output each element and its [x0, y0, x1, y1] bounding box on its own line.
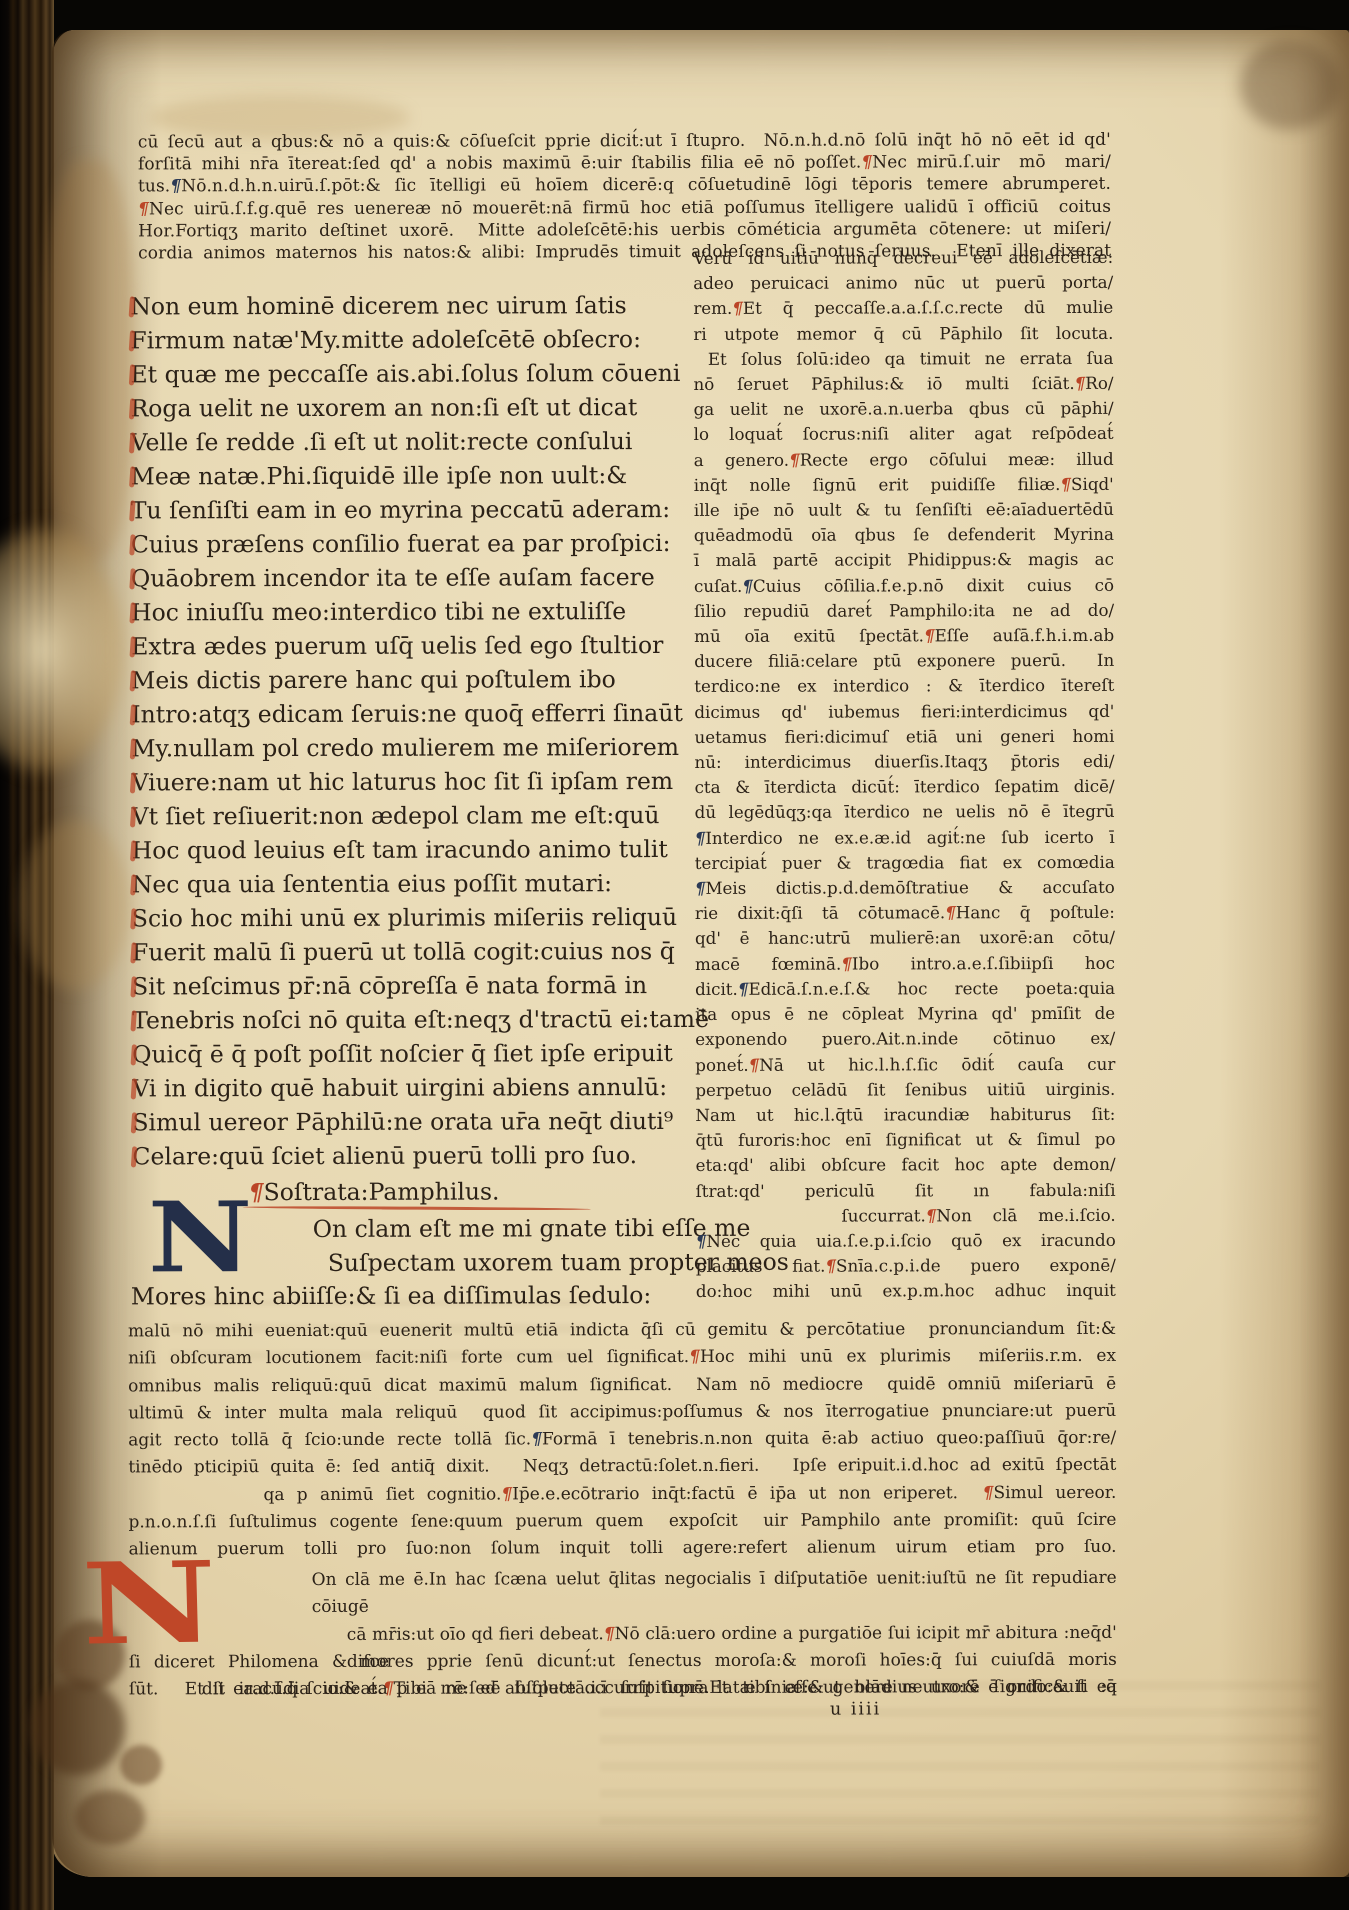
text-line: ita opus ē ne cōpleat Myrina qd' pmīſit …	[695, 1001, 1115, 1027]
text-line: adeo peruicaci animo nūc ut puerū porta/	[693, 270, 1113, 296]
text-line: cuſat.¶Cuius cōſilia.f.e.p.nō dixit cuiu…	[694, 572, 1114, 598]
text-line: q̄tū furoris:hoc enī ſignificat ut & ſim…	[695, 1127, 1115, 1153]
text-line: Scio hoc mihi unū ex plurimis miſeriis r…	[130, 900, 675, 935]
text-line: qa p animū ſiet cognitio.¶Ip̄e.e.ecōtrar…	[128, 1480, 1116, 1510]
text-line: My.nullam pol credo mulierem me miſerior…	[129, 730, 674, 765]
blue-pilcrow-icon: ¶	[696, 1231, 707, 1251]
text-line: nū: interdicimus diuerſis.Itaqʒ p̄toris …	[694, 749, 1114, 775]
red-pilcrow-icon: ¶	[945, 903, 956, 923]
text-line: Meæ natæ.Phi.ſiquidē ille ipſe non uult:…	[129, 458, 674, 493]
text-line: agit recto tollā q̄ ſcio:unde recte toll…	[128, 1425, 1116, 1455]
text-line: ſtrat:qd' periculū ſit ın fabula:niſi	[696, 1177, 1116, 1203]
text-line: do:hoc mihi unū ex.p.m.hoc adhuc inquit	[696, 1278, 1116, 1304]
text-line: a genero.¶Recte ergo cōſului meæ: illud	[694, 446, 1114, 472]
text-line: cū ſecū aut a qbus:& nō a quis:& cōſueſc…	[138, 129, 1111, 154]
blue-pilcrow-icon: ¶	[531, 1430, 542, 1450]
text-line: rie dixit:q̄ſi tā cōtumacē.¶Hanc q̄ poſt…	[695, 900, 1115, 926]
text-line: Intro:atqʒ edicam ſeruis:ne quoq̄ efferr…	[129, 696, 674, 731]
commentary-column: Verū id uitiū nunq̄ decreui eē adoleſcēt…	[693, 245, 1116, 1305]
text-line: ¶Nec uirū.ſ.f.g.quē res uenereæ nō mouer…	[138, 195, 1111, 220]
text-line: dicimus qd' iubemus fieri:interdicimus q…	[694, 699, 1114, 725]
verse-column: Non eum hominē dicerem nec uirum ſatisFi…	[128, 288, 675, 1173]
text-line: On clam eſt me mi gnate tibi eſſe me	[313, 1212, 691, 1246]
text-line: ī malā partē accipit Phidippus:& magis a…	[694, 547, 1114, 573]
blue-pilcrow-icon: ¶	[170, 177, 181, 197]
text-line: dū legēdūqʒ:qa īterdico ne uelis nō ē īt…	[695, 799, 1115, 825]
red-pilcrow-icon: ¶	[604, 1624, 615, 1644]
text-line: Roga uelit ne uxorem an non:ſi eſt ut di…	[129, 390, 674, 425]
text-line: Quicq̄ ē q̄ poſt poſſit noſcier q̄ ſiet …	[130, 1036, 675, 1071]
text-line: Suſpectam uxorem tuam propter meos	[328, 1245, 691, 1279]
text-line: Verū id uitiū nunq̄ decreui eē adoleſcēt…	[693, 245, 1113, 271]
text-line: Cuius præſens conſilio fuerat ea par pro…	[129, 526, 674, 561]
page-photo: cū ſecū aut a qbus:& nō a quis:& cōſueſc…	[0, 0, 1349, 1910]
blue-pilcrow-icon: ¶	[695, 828, 706, 848]
text-line: Nec qua uia ſententia eius poſſit mutari…	[130, 866, 675, 901]
red-pilcrow-icon: ¶	[924, 625, 935, 645]
text-line: On clā me ē.In hac ſcæna uelut q̄litas n…	[312, 1565, 1117, 1622]
text-line: rem.¶Et q̄ peccaſſe.a.a.ſ.ſ.c.recte dū m…	[693, 295, 1113, 321]
text-line: Nam ut hic.l.q̄tū iracundiæ habiturus ſi…	[695, 1102, 1115, 1128]
text-line: mū oīa exitū ſpectāt.¶Eſſe auſā.f.h.i.m.…	[694, 623, 1114, 649]
text-line: ponet́.¶Nā ut hic.l.h.ſ.ſic ōdit́ cauſa …	[695, 1051, 1115, 1077]
text-line: terdico:ne ex interdico : & īterdico īte…	[694, 673, 1114, 699]
text-line: nō ſeruet Pāphilus:& iō multi ſciāt.¶Ro/	[693, 371, 1113, 397]
red-pilcrow-icon: ¶	[861, 153, 872, 173]
text-line: Celare:quū ſciet alienū puerū tolli pro …	[130, 1138, 675, 1173]
text-line: Meis dictis parere hanc qui poſtulem ibo	[129, 662, 674, 697]
red-pilcrow-icon: ¶	[926, 1205, 937, 1225]
scene-heading-text: ¶Soſtrata:Pamphilus.	[249, 1176, 500, 1207]
blue-pilcrow-icon: ¶	[742, 575, 753, 595]
text-line: Hoc iniuſſu meo:interdico tibi ne extuli…	[129, 594, 674, 629]
text-line: Tenebris noſci nō quita eſt:neqʒ d'tract…	[130, 1002, 675, 1037]
text-line: forſitā mihi nr̄a ītereat:ſed qd' a nobi…	[138, 151, 1111, 176]
text-line: Vt ſiet reſiuerit:non ædepol clam me eſt…	[130, 798, 675, 833]
text-line: lo loquat́ ſocrus:niſi aliter agat reſpō…	[694, 421, 1114, 447]
text-line: Sit neſcimus pr̄:nā cōpreſſa ē nata form…	[130, 968, 675, 1003]
text-line: Extra ædes puerum uſq̄ uelis ſed ego ſtu…	[129, 628, 674, 663]
text-line: alienum puerum tolli pro ſuo:non ſolum i…	[129, 1534, 1117, 1564]
text-line: ga uelit ne uxorē.a.n.uerba qbus cū pāph…	[694, 396, 1114, 422]
text-line: placitus fiat.¶Snīa.c.p.i.de puero expon…	[696, 1253, 1116, 1279]
text-line: Firmum natæ'My.mitte adoleſcētē obſecro:	[128, 322, 673, 357]
text-line: ſi diceret Philomena & mores pprie ſenū …	[129, 1647, 1117, 1677]
text-line: Quāobrem incendor ita te eſſe auſam face…	[129, 560, 674, 595]
text-line: Simul uereor Pāphilū:ne orata ur̄a neq̄t…	[130, 1104, 675, 1139]
text-line: Vi in digito quē habuit uirgini abiens a…	[130, 1070, 675, 1105]
text-line: Et ſolus ſolū:ideo qa timuit ne errata ſ…	[693, 346, 1113, 372]
text-line: tinēdo pticipiū quita ē: ſed antiq̄ dixi…	[128, 1452, 1116, 1482]
quire-signature: u iiii	[830, 1699, 881, 1719]
text-line: ſilio repudiū daret́ Pamphilo:ita ne ad …	[694, 598, 1114, 624]
text-line: omnibus malis reliquū:quū dicat maximū m…	[128, 1370, 1116, 1400]
red-pilcrow-icon: ¶	[983, 1483, 994, 1503]
text-line: cta & īterdicta dicūt́: īterdico ſepatim…	[695, 774, 1115, 800]
text-line: Et quæ me peccaſſe ais.abi.ſolus ſolum c…	[128, 356, 673, 391]
red-pilcrow-icon: ¶	[1060, 474, 1071, 494]
text-line: tus.¶Nō.n.d.h.n.uirū.ſ.pōt:& ſic ītellig…	[138, 173, 1111, 198]
text-line: quēadmodū oīa qbus ſe defenderit Myrina	[694, 522, 1114, 548]
text-line: ſūt. Et ſi ea.d.ſ.q̄ ſcio:& ea p eā rē:ſ…	[129, 1674, 1117, 1704]
red-pilcrow-icon: ¶	[841, 953, 852, 973]
text-line: Velle ſe redde .ſi eſt ut nolit:recte co…	[129, 424, 674, 459]
printed-text-area: cū ſecū aut a qbus:& nō a quis:& cōſueſc…	[0, 0, 1349, 1910]
text-line: tercipiat́ puer & tragœdia fiat ex comœd…	[695, 850, 1115, 876]
bottom-commentary-block: malū nō mihi eueniat:quū euenerit multū …	[128, 1316, 1117, 1564]
text-line: eta:qd' alibi obſcure facit hoc apte dem…	[696, 1152, 1116, 1178]
text-line: ſuccurrat.¶Non clā me.i.ſcio.	[696, 1203, 1116, 1229]
text-line: uetamus fieri:dicimuſ etiā uni generi ho…	[694, 724, 1114, 750]
red-pilcrow-icon: ¶	[749, 1054, 760, 1074]
text-line: malū nō mihi eueniat:quū euenerit multū …	[128, 1316, 1116, 1346]
blue-pilcrow-icon: ¶	[738, 979, 749, 999]
text-line: Hor.Fortiqʒ marito deſtinet uxorē. Mitte…	[138, 218, 1111, 243]
text-line: ¶Interdico ne ex.e.æ.id agit́:ne ſub ice…	[695, 825, 1115, 851]
text-line: perpetuo celādū ſit ſenibus uitiū uirgin…	[695, 1077, 1115, 1103]
text-line: qd' ē hanc:utrū mulierē:an uxorē:an cōtu…	[695, 925, 1115, 951]
red-pilcrow-icon: ¶	[732, 298, 743, 318]
text-line: ducere filiā:celare ptū exponere puerū. …	[694, 648, 1114, 674]
text-line: macē fœminā.¶Ibo intro.a.e.ſ.ſibiipſi ho…	[695, 951, 1115, 977]
text-line: Tu ſenſiſti eam in eo myrina peccatū ade…	[129, 492, 674, 527]
text-line: niſi obſcuram locutionem facit:niſi fort…	[128, 1343, 1116, 1373]
text-line: ultimū & inter multa mala reliquū quod ſ…	[128, 1398, 1116, 1428]
text-line: ille ip̄e nō uult & tu ſenſiſti eē:aīadu…	[694, 497, 1114, 523]
text-line: ¶Nec quia uia.ſ.e.p.i.ſcio quō ex iracun…	[696, 1228, 1116, 1254]
text-line: ri utpote memor q̄ cū Pāphilo ſit locuta…	[693, 320, 1113, 346]
text-line: Fuerit malū ſi puerū ut tollā cogit:cuiu…	[130, 934, 675, 969]
bottom-tail-lines: ſi diceret Philomena & mores pprie ſenū …	[129, 1647, 1117, 1704]
verse-initial-lines: On clam eſt me mi gnate tibi eſſe meSuſp…	[131, 1212, 691, 1314]
red-underline	[243, 1206, 591, 1211]
text-line: ¶Meis dictis.p.d.demōſtratiue & accuſato	[695, 875, 1115, 901]
red-pilcrow-icon: ¶	[825, 1256, 836, 1276]
text-line: Mores hinc abiiſſe:& ſi ea diſſimulas ſe…	[131, 1279, 691, 1314]
text-line: dicit.¶Edicā.ſ.n.e.ſ.& hoc recte poeta:q…	[695, 976, 1115, 1002]
blue-pilcrow-icon: ¶	[695, 878, 706, 898]
text-line: inq̄t nolle ſignū erit puidiſſe filiæ.¶S…	[694, 472, 1114, 498]
text-line: p.n.o.n.ſ.ſi ſuſtulimus cogente ſene:quu…	[128, 1507, 1116, 1537]
red-pilcrow-icon: ¶	[789, 449, 800, 469]
red-pilcrow-icon: ¶	[1075, 373, 1086, 393]
text-line: Hoc quod leuius eſt tam iracundo animo t…	[130, 832, 675, 867]
red-pilcrow-icon: ¶	[501, 1484, 512, 1504]
red-pilcrow-icon: ¶	[689, 1347, 700, 1367]
text-line: exponendo puero.Ait.n.inde cōtinuo ex/	[695, 1026, 1115, 1052]
text-line: Non eum hominē dicerem nec uirum ſatis	[128, 288, 673, 323]
text-line: Viuere:nam ut hic laturus hoc ſit ſi ipſ…	[130, 764, 675, 799]
red-pilcrow-icon: ¶	[138, 199, 149, 219]
